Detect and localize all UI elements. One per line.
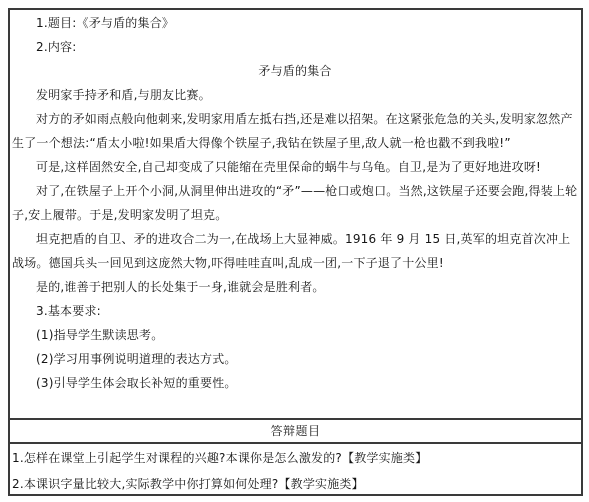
content-paragraph: 可是,这样固然安全,自己却变成了只能缩在壳里保命的蜗牛与乌龟。自卫,是为了更好地… xyxy=(12,155,578,179)
lesson-content-cell: 1.题目:《矛与盾的集合》 2.内容: 矛与盾的集合 发明家手持矛和盾,与朋友比… xyxy=(10,10,581,418)
exam-question-table: 1.题目:《矛与盾的集合》 2.内容: 矛与盾的集合 发明家手持矛和盾,与朋友比… xyxy=(8,8,583,496)
question-topic-line: 1.题目:《矛与盾的集合》 xyxy=(12,11,578,35)
requirement-item: (2)学习用事例说明道理的表达方式。 xyxy=(12,347,578,371)
requirement-item: (1)指导学生默读思考。 xyxy=(12,323,578,347)
defense-question-item: 2.本课识字量比较大,实际教学中你打算如何处理?【教学实施类】 xyxy=(12,471,578,494)
basic-requirements-label: 3.基本要求: xyxy=(12,299,578,323)
document-page: 1.题目:《矛与盾的集合》 2.内容: 矛与盾的集合 发明家手持矛和盾,与朋友比… xyxy=(0,0,589,502)
defense-questions-cell: 1.怎样在课堂上引起学生对课程的兴趣?本课你是怎么激发的?【教学实施类】 2.本… xyxy=(10,444,581,494)
defense-question-item: 1.怎样在课堂上引起学生对课程的兴趣?本课你是怎么激发的?【教学实施类】 xyxy=(12,445,578,471)
content-paragraph: 坦克把盾的自卫、矛的进攻合二为一,在战场上大显神威。1916 年 9 月 15 … xyxy=(12,227,578,275)
content-paragraph: 是的,谁善于把别人的长处集于一身,谁就会是胜利者。 xyxy=(12,275,578,299)
content-paragraph: 对方的矛如雨点般向他刺来,发明家用盾左抵右挡,还是难以招架。在这紧张危急的关头,… xyxy=(12,107,578,155)
reading-title: 矛与盾的集合 xyxy=(12,59,578,83)
content-paragraph: 发明家手持矛和盾,与朋友比赛。 xyxy=(12,83,578,107)
content-paragraph: 对了,在铁屋子上开个小洞,从洞里伸出进攻的“矛”——枪口或炮口。当然,这铁屋子还… xyxy=(12,179,578,227)
question-content-label: 2.内容: xyxy=(12,35,578,59)
requirement-item: (3)引导学生体会取长补短的重要性。 xyxy=(12,371,578,395)
defense-questions-header: 答辩题目 xyxy=(10,418,581,444)
